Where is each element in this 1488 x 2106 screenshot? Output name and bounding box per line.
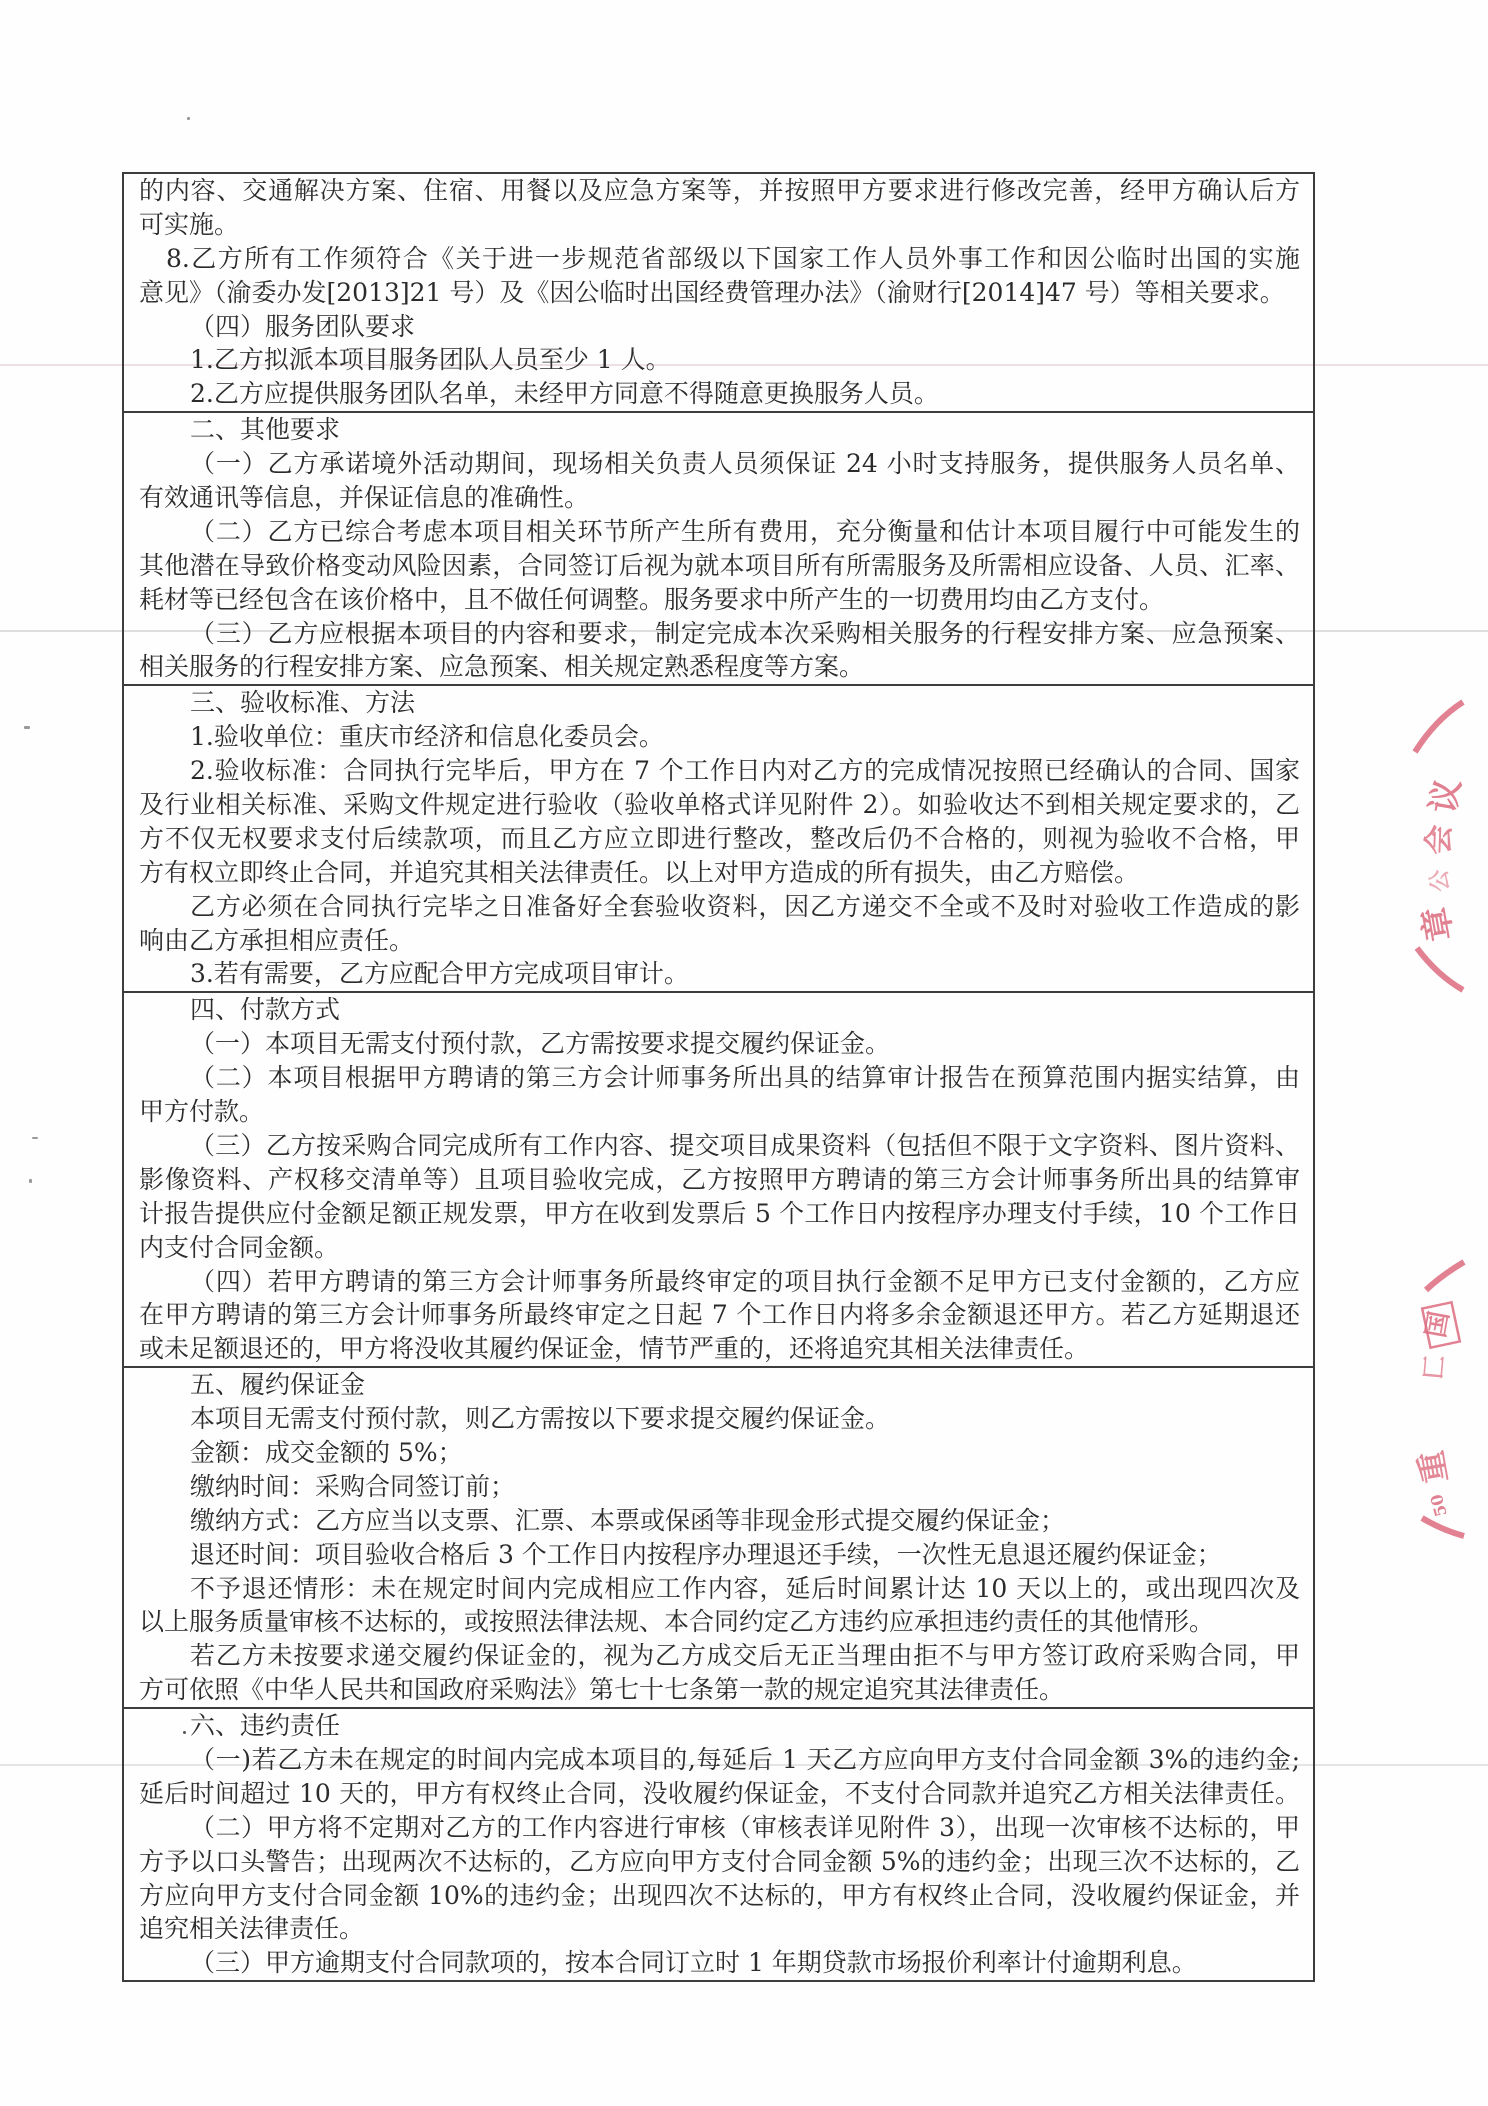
paragraph-line: （一)若乙方未在规定的时间内完成本项目的,每延后 1 天乙方应向甲方支付合同金额… xyxy=(139,1743,1300,1777)
paragraph-line: 2.验收标准：合同执行完毕后，甲方在 7 个工作日内对乙方的完成情况按照已经确认… xyxy=(139,754,1300,788)
section-row-performance-bond: 五、履约保证金 本项目无需支付预付款，则乙方需按以下要求提交履约保证金。 金额：… xyxy=(124,1366,1313,1707)
paragraph-line: 相关服务的行程安排方案、应急预案、相关规定熟悉程度等方案。 xyxy=(139,650,1300,684)
seal-glyph: 议 xyxy=(1424,776,1469,816)
paragraph-line: 可实施。 xyxy=(139,208,1300,242)
paragraph-line: 在甲方聘请的第三方会计师事务所最终审定之日起 7 个工作日内将多余金额退还甲方。… xyxy=(139,1298,1300,1332)
seal-glyph: 重 xyxy=(1412,1448,1455,1486)
paragraph-line: 方应向甲方支付合同金额 10%的违约金；出现四次不达标的，甲方有权终止合同，没收… xyxy=(139,1879,1300,1913)
section-heading: 四、付款方式 xyxy=(139,993,1300,1027)
bond-payment-time-line: 缴纳时间：采购合同签订前； xyxy=(139,1470,1300,1504)
seal-glyph: 公 xyxy=(1426,868,1454,893)
bond-amount-line: 金额：成交金额的 5%； xyxy=(139,1436,1300,1470)
paragraph-line: （四）若甲方聘请的第三方会计师事务所最终审定的项目执行金额不足甲方已支付金额的，… xyxy=(139,1265,1300,1299)
scanned-document-page: 的内容、交通解决方案、住宿、用餐以及应急方案等，并按照甲方要求进行修改完善，经甲… xyxy=(0,0,1488,2106)
paragraph-line: （三）乙方应根据本项目的内容和要求，制定完成本次采购相关服务的行程安排方案、应急… xyxy=(139,617,1300,651)
paragraph-line: 2.乙方应提供服务团队名单，未经甲方同意不得随意更换服务人员。 xyxy=(139,377,1300,411)
section-heading-text: 六、违约责任 xyxy=(190,1711,340,1740)
paragraph-line: 方不仅无权要求支付后续款项，而且乙方应立即进行整改，整改后仍不合格的，则视为验收… xyxy=(139,822,1300,856)
paragraph-line: （一）本项目无需支付预付款，乙方需按要求提交履约保证金。 xyxy=(139,1027,1300,1061)
scan-speck xyxy=(32,1137,38,1139)
paragraph-line: 甲方付款。 xyxy=(139,1095,1300,1129)
seal-icon: 国 匚 重 50 xyxy=(1412,1250,1472,1550)
red-seal-fragment: 国 匚 重 50 xyxy=(1412,1250,1472,1550)
section-heading: 五、履约保证金 xyxy=(139,1368,1300,1402)
section-row-liability-for-breach: 六、违约责任 （一)若乙方未在规定的时间内完成本项目的,每延后 1 天乙方应向甲… xyxy=(124,1707,1313,1980)
paragraph-line: 8.乙方所有工作须符合《关于进一步规范省部级以下国家工作人员外事工作和因公临时出… xyxy=(139,242,1300,276)
section-heading: 三、验收标准、方法 xyxy=(139,686,1300,720)
seal-glyph: 章 xyxy=(1416,904,1461,944)
paragraph-line: （二）乙方已综合考虑本项目相关环节所产生所有费用，充分衡量和估计本项目履行中可能… xyxy=(139,515,1300,549)
paragraph-line: （二）甲方将不定期对乙方的工作内容进行审核（审核表详见附件 3），出现一次审核不… xyxy=(139,1811,1300,1845)
seal-glyph: 50 xyxy=(1427,1492,1451,1518)
paragraph-line: 响由乙方承担相应责任。 xyxy=(139,924,1300,958)
section-heading: 二、其他要求 xyxy=(139,413,1300,447)
paragraph-line: （二）本项目根据甲方聘请的第三方会计师事务所出具的结算审计报告在预算范围内据实结… xyxy=(139,1061,1300,1095)
bond-payment-method-line: 缴纳方式：乙方应当以支票、汇票、本票或保函等非现金形式提交履约保证金； xyxy=(139,1504,1300,1538)
paragraph-line: 的内容、交通解决方案、住宿、用餐以及应急方案等，并按照甲方要求进行修改完善，经甲… xyxy=(139,174,1300,208)
section-subheading: （四）服务团队要求 xyxy=(139,310,1300,344)
paragraph-line: 1.乙方拟派本项目服务团队人员至少 1 人。 xyxy=(139,343,1300,377)
paragraph-line: （三）乙方按采购合同完成所有工作内容、提交项目成果资料（包括但不限于文字资料、图… xyxy=(139,1129,1300,1163)
red-seal-fragment: 议 会 公 章 xyxy=(1405,690,1475,1000)
section-row-other-requirements: 二、其他要求 （一）乙方承诺境外活动期间，现场相关负责人员须保证 24 小时支持… xyxy=(124,411,1313,684)
paragraph-line: 若乙方未按要求递交履约保证金的，视为乙方成交后无正当理由拒不与甲方签订政府采购合… xyxy=(139,1639,1300,1673)
seal-glyph: 匚 xyxy=(1418,1354,1449,1380)
paragraph-line: 有效通讯等信息，并保证信息的准确性。 xyxy=(139,481,1300,515)
paragraph-line: 意见》（渝委办发[2013]21 号）及《因公临时出国经费管理办法》（渝财行[2… xyxy=(139,276,1300,310)
paragraph-line: 乙方必须在合同执行完毕之日准备好全套验收资料，因乙方递交不全或不及时对验收工作造… xyxy=(139,890,1300,924)
section-row-service-team: 的内容、交通解决方案、住宿、用餐以及应急方案等，并按照甲方要求进行修改完善，经甲… xyxy=(124,174,1313,411)
scan-speck xyxy=(24,726,30,729)
paragraph-line: 本项目无需支付预付款，则乙方需按以下要求提交履约保证金。 xyxy=(139,1402,1300,1436)
paragraph-line: 方予以口头警告；出现两次不达标的，乙方应向甲方支付合同金额 5%的违约金；出现三… xyxy=(139,1845,1300,1879)
paragraph-line: 方可依照《中华人民共和国政府采购法》第七十七条第一款的规定追究其法律责任。 xyxy=(139,1673,1300,1707)
paragraph-line: 影像资料、产权移交清单等）且项目验收完成，乙方按照甲方聘请的第三方会计师事务所出… xyxy=(139,1163,1300,1197)
contract-terms-table: 的内容、交通解决方案、住宿、用餐以及应急方案等，并按照甲方要求进行修改完善，经甲… xyxy=(122,172,1315,1982)
scan-speck xyxy=(29,1179,32,1183)
scan-speck xyxy=(183,1731,186,1734)
paragraph-line: 不予退还情形：未在规定时间内完成相应工作内容，延后时间累计达 10 天以上的，或… xyxy=(139,1572,1300,1606)
section-row-acceptance-criteria: 三、验收标准、方法 1.验收单位：重庆市经济和信息化委员会。 2.验收标准：合同… xyxy=(124,684,1313,991)
paragraph-line: 内支付合同金额。 xyxy=(139,1231,1300,1265)
paragraph-line: 及行业相关标准、采购文件规定进行验收（验收单格式详见附件 2）。如验收达不到相关… xyxy=(139,788,1300,822)
section-heading: 六、违约责任 xyxy=(139,1709,1300,1743)
paragraph-line: 方有权立即终止合同，并追究其相关法律责任。以上对甲方造成的所有损失，由乙方赔偿。 xyxy=(139,856,1300,890)
paragraph-line: 或未足额退还的，甲方将没收其履约保证金，情节严重的，还将追究其相关法律责任。 xyxy=(139,1332,1300,1366)
paragraph-line: 追究相关法律责任。 xyxy=(139,1912,1300,1946)
paragraph-line: （三）甲方逾期支付合同款项的，按本合同订立时 1 年期贷款市场报价利率计付逾期利… xyxy=(139,1946,1300,1980)
bond-refund-time-line: 退还时间：项目验收合格后 3 个工作日内按程序办理退还手续，一次性无息退还履约保… xyxy=(139,1538,1300,1572)
seal-glyph: 国 xyxy=(1421,1309,1455,1340)
scan-speck xyxy=(187,117,190,120)
paragraph-line: 以上服务质量审核不达标的，或按照法律法规、本合同约定乙方违约应承担违约责任的其他… xyxy=(139,1605,1300,1639)
paragraph-line: 3.若有需要，乙方应配合甲方完成项目审计。 xyxy=(139,957,1300,991)
paragraph-line: 延后时间超过 10 天的，甲方有权终止合同，没收履约保证金，不支付合同款并追究乙… xyxy=(139,1777,1300,1811)
paragraph-line: 计报告提供应付金额足额正规发票，甲方在收到发票后 5 个工作日内按程序办理支付手… xyxy=(139,1197,1300,1231)
seal-icon: 议 会 公 章 xyxy=(1405,690,1475,1000)
paragraph-line: 耗材等已经包含在该价格中，且不做任何调整。服务要求中所产生的一切费用均由乙方支付… xyxy=(139,583,1300,617)
section-row-payment-method: 四、付款方式 （一）本项目无需支付预付款，乙方需按要求提交履约保证金。 （二）本… xyxy=(124,991,1313,1366)
paragraph-line: （一）乙方承诺境外活动期间，现场相关负责人员须保证 24 小时支持服务，提供服务… xyxy=(139,447,1300,481)
paragraph-line: 1.验收单位：重庆市经济和信息化委员会。 xyxy=(139,720,1300,754)
paragraph-line: 其他潜在导致价格变动风险因素，合同签订后视为就本项目所有所需服务及所需相应设备、… xyxy=(139,549,1300,583)
seal-glyph: 会 xyxy=(1421,824,1457,855)
